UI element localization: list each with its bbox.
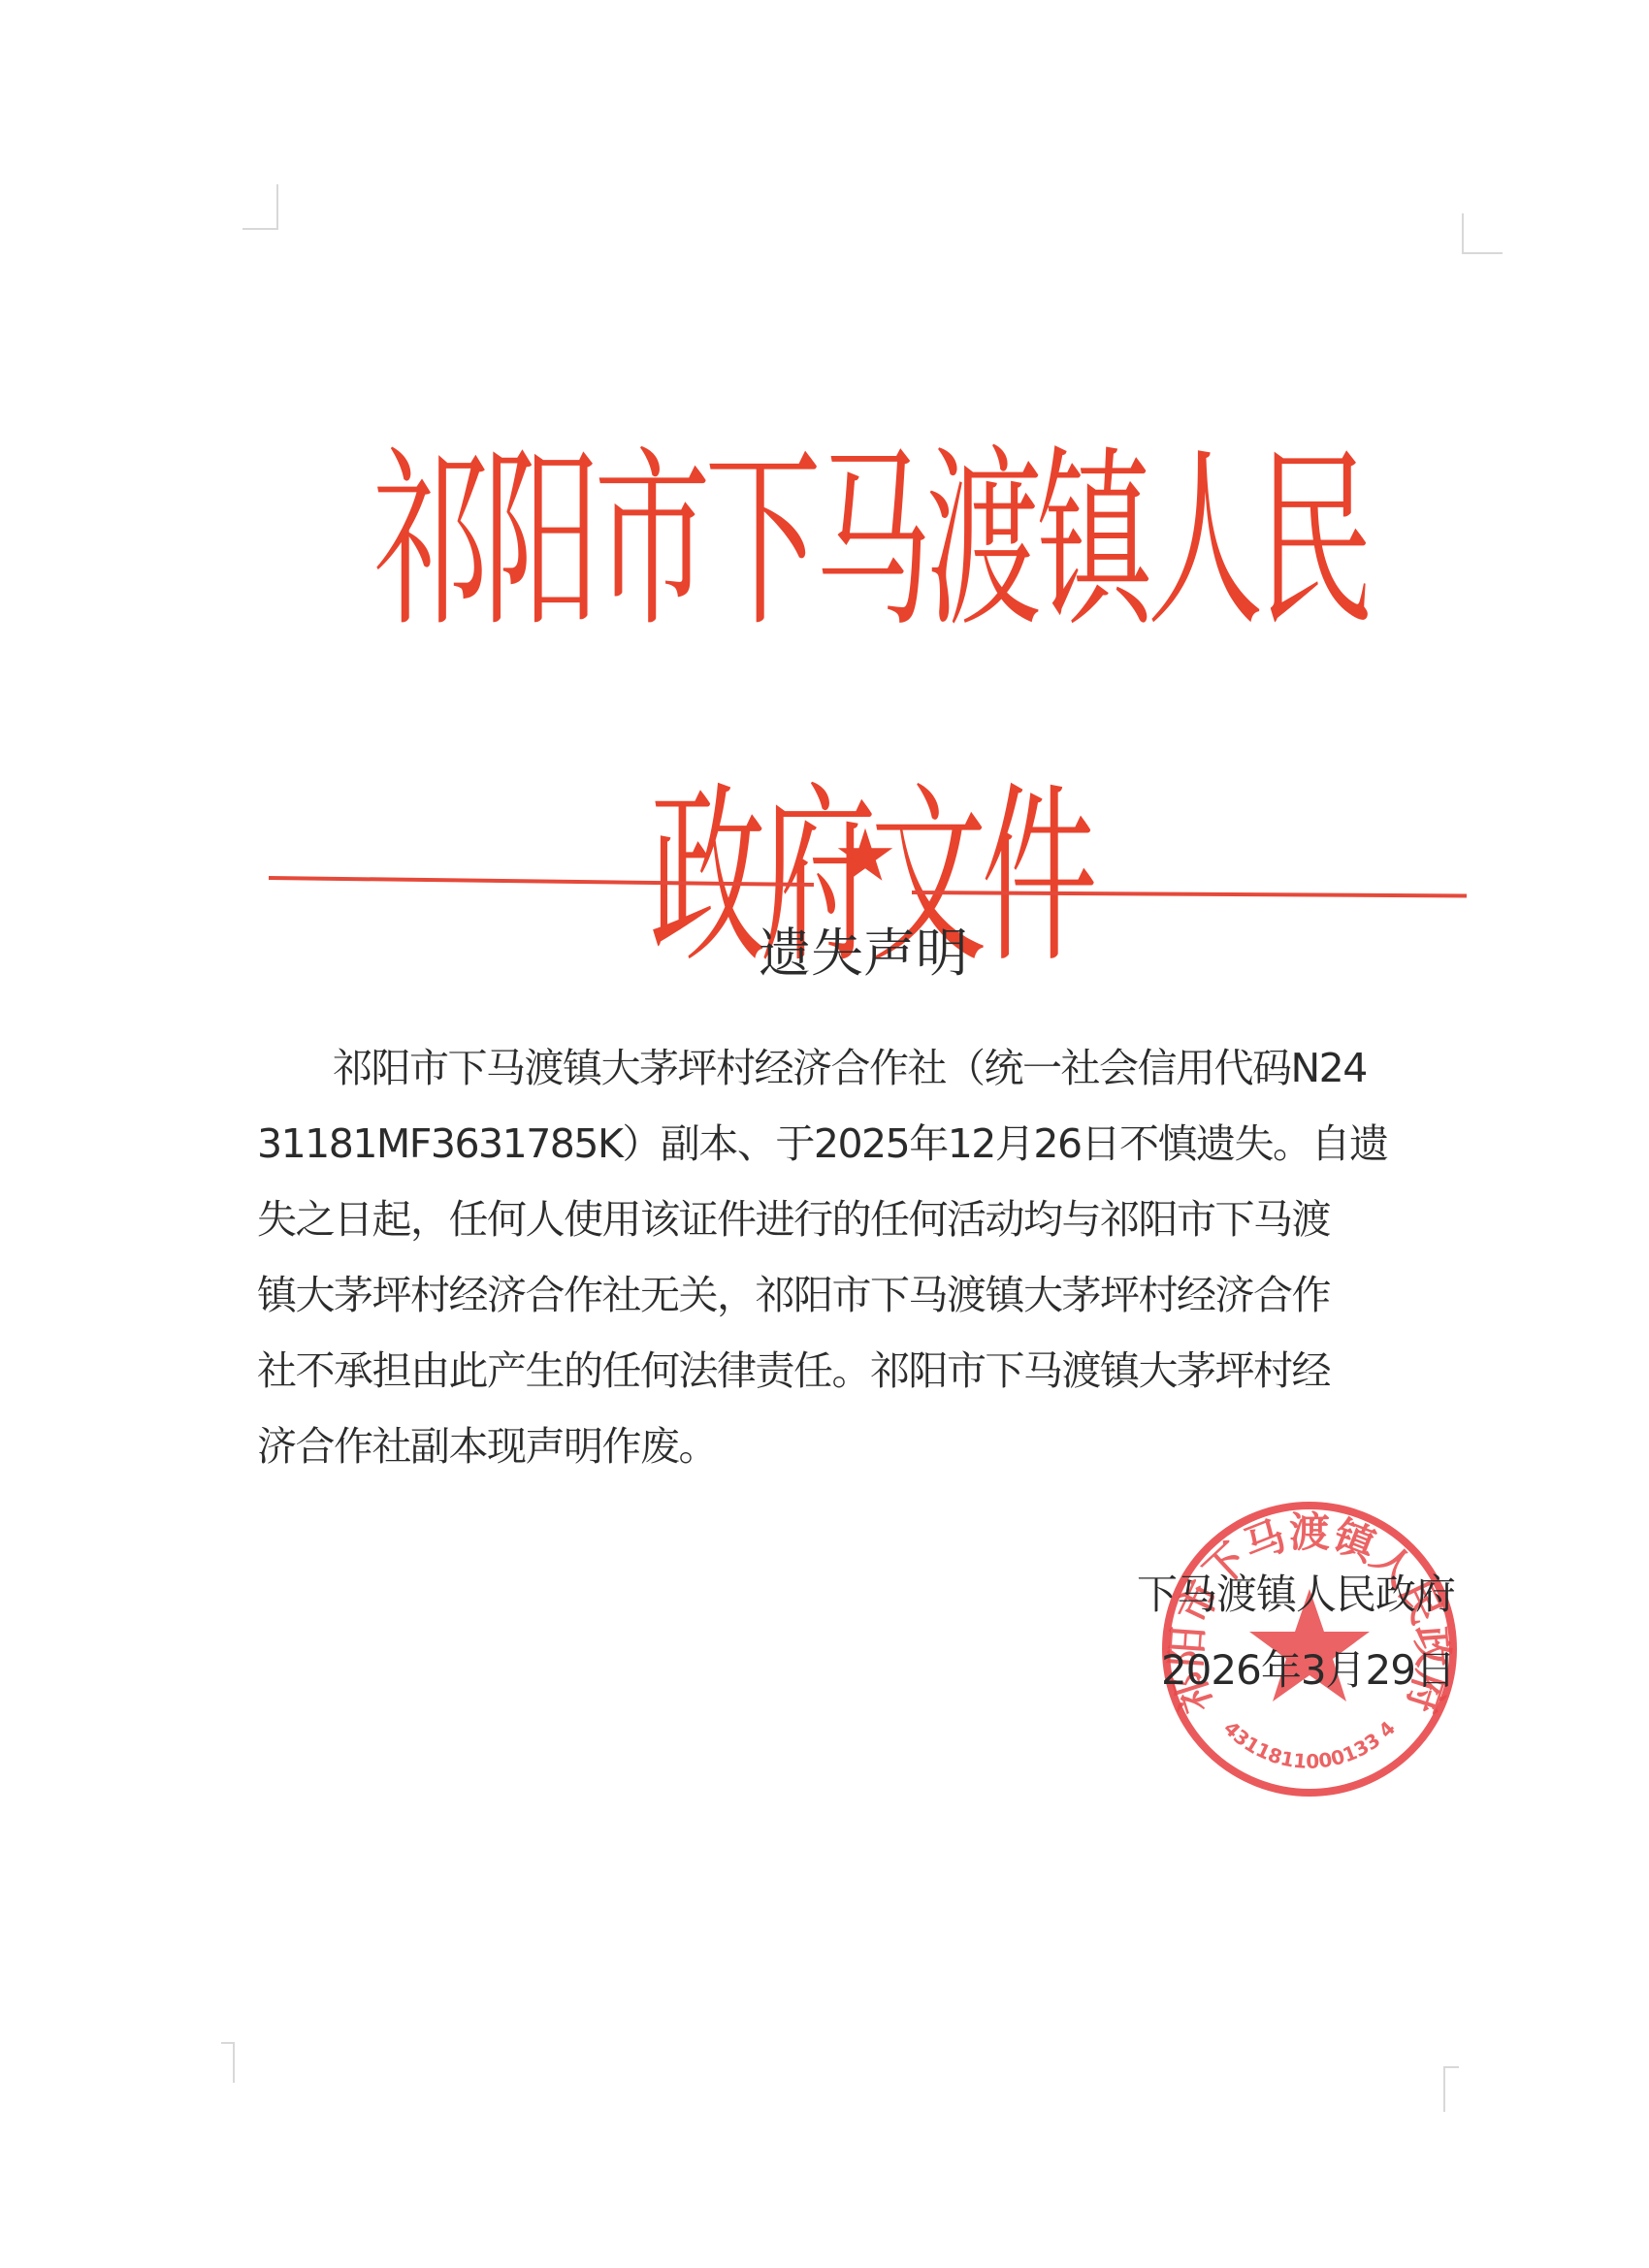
signature-block: 下马渡镇人民政府 2026年3月29日 [1137, 1557, 1455, 1708]
body-line: 社不承担由此产生的任何法律责任。祁阳市下马渡镇大茅坪村经 [257, 1333, 1460, 1409]
statement-body: 祁阳市下马渡镇大茅坪村经济合作社（统一社会信用代码N24 31181MF3631… [257, 1030, 1460, 1484]
document-header-title: 祁阳市下马渡镇人民政府文件 [344, 375, 1397, 712]
body-line: 祁阳市下马渡镇大茅坪村经济合作社（统一社会信用代码N24 [257, 1030, 1460, 1106]
statement-heading: 遗失声明 [669, 917, 1057, 990]
crop-mark-bottom-right [1443, 2066, 1459, 2112]
body-line: 镇大茅坪村经济合作社无关，祁阳市下马渡镇大茅坪村经济合作 [257, 1257, 1460, 1333]
crop-mark-top-left [242, 184, 278, 230]
issue-date: 2026年3月29日 [1137, 1633, 1455, 1708]
svg-text:4311811000133 4: 4311811000133 4 [1219, 1716, 1400, 1773]
body-line: 失之日起，任何人使用该证件进行的任何活动均与祁阳市下马渡 [257, 1182, 1460, 1257]
issuer-name: 下马渡镇人民政府 [1137, 1557, 1455, 1633]
body-line: 济合作社副本现声明作废。 [257, 1409, 1460, 1484]
body-line: 31181MF3631785K）副本、于2025年12月26日不慎遗失。自遗 [257, 1106, 1460, 1182]
crop-mark-top-right [1462, 213, 1503, 254]
red-star-icon [836, 826, 894, 885]
crop-mark-bottom-left [221, 2042, 235, 2083]
seal-code: 4311811000133 4 [1219, 1716, 1400, 1773]
